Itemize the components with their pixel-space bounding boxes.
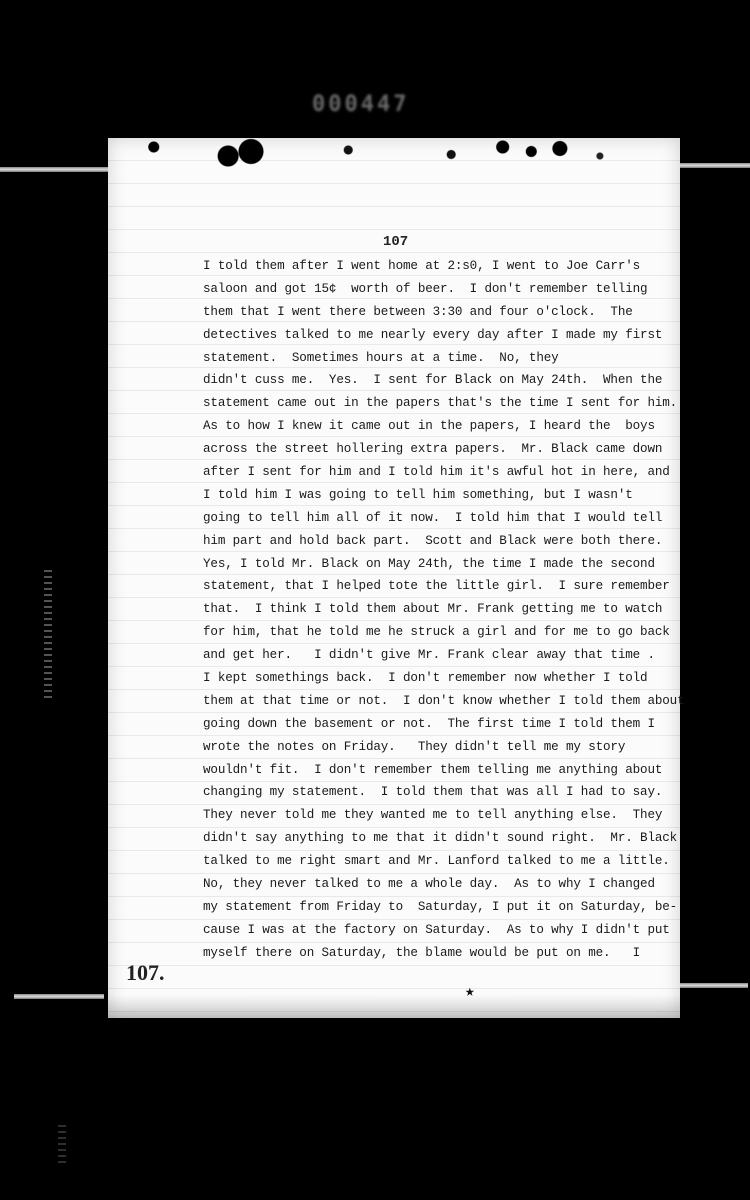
- text-line: across the street hollering extra papers…: [203, 438, 673, 461]
- text-line: for him, that he told me he struck a gir…: [203, 621, 673, 644]
- page-number: 107: [383, 234, 408, 250]
- text-line: changing my statement. I told them that …: [203, 781, 673, 804]
- text-line: I kept somethings back. I don't remember…: [203, 667, 673, 690]
- text-line: No, they never talked to me a whole day.…: [203, 873, 673, 896]
- page-bottom-edge: [108, 994, 680, 1018]
- text-line: talked to me right smart and Mr. Lanford…: [203, 850, 673, 873]
- text-line: them that I went there between 3:30 and …: [203, 301, 673, 324]
- microfilm-frame-number: 000447: [312, 92, 409, 117]
- document-page: 107 I told them after I went home at 2:s…: [108, 138, 680, 1018]
- text-line: them at that time or not. I don't know w…: [203, 690, 673, 713]
- typewritten-text: I told them after I went home at 2:s0, I…: [203, 255, 673, 965]
- text-line: statement, that I helped tote the little…: [203, 575, 673, 598]
- text-line: statement. Sometimes hours at a time. No…: [203, 347, 673, 370]
- text-line: statement came out in the papers that's …: [203, 392, 673, 415]
- text-line: going to tell him all of it now. I told …: [203, 507, 673, 530]
- text-line: cause I was at the factory on Saturday. …: [203, 919, 673, 942]
- text-line: Yes, I told Mr. Black on May 24th, the t…: [203, 553, 673, 576]
- film-edge-left-top: [0, 167, 110, 172]
- text-line: I told him I was going to tell him somet…: [203, 484, 673, 507]
- film-speckle: [58, 1125, 66, 1165]
- text-line: I told them after I went home at 2:s0, I…: [203, 255, 673, 278]
- film-edge-right-bottom: [668, 983, 748, 988]
- stamped-page-number: 107.: [126, 960, 165, 986]
- text-line: my statement from Friday to Saturday, I …: [203, 896, 673, 919]
- text-line: going down the basement or not. The firs…: [203, 713, 673, 736]
- text-line: didn't say anything to me that it didn't…: [203, 827, 673, 850]
- text-line: didn't cuss me. Yes. I sent for Black on…: [203, 369, 673, 392]
- text-line: saloon and got 15¢ worth of beer. I don'…: [203, 278, 673, 301]
- text-line: myself there on Saturday, the blame woul…: [203, 942, 673, 965]
- text-line: wouldn't fit. I don't remember them tell…: [203, 759, 673, 782]
- text-line: him part and hold back part. Scott and B…: [203, 530, 673, 553]
- text-line: after I sent for him and I told him it's…: [203, 461, 673, 484]
- film-speckle: [44, 570, 52, 700]
- film-edge-right-top: [678, 163, 750, 168]
- text-line: They never told me they wanted me to tel…: [203, 804, 673, 827]
- text-line: As to how I knew it came out in the pape…: [203, 415, 673, 438]
- film-edge-left-bottom: [14, 994, 104, 999]
- text-line: detectives talked to me nearly every day…: [203, 324, 673, 347]
- text-line: and get her. I didn't give Mr. Frank cle…: [203, 644, 673, 667]
- text-line: that. I think I told them about Mr. Fran…: [203, 598, 673, 621]
- text-line: wrote the notes on Friday. They didn't t…: [203, 736, 673, 759]
